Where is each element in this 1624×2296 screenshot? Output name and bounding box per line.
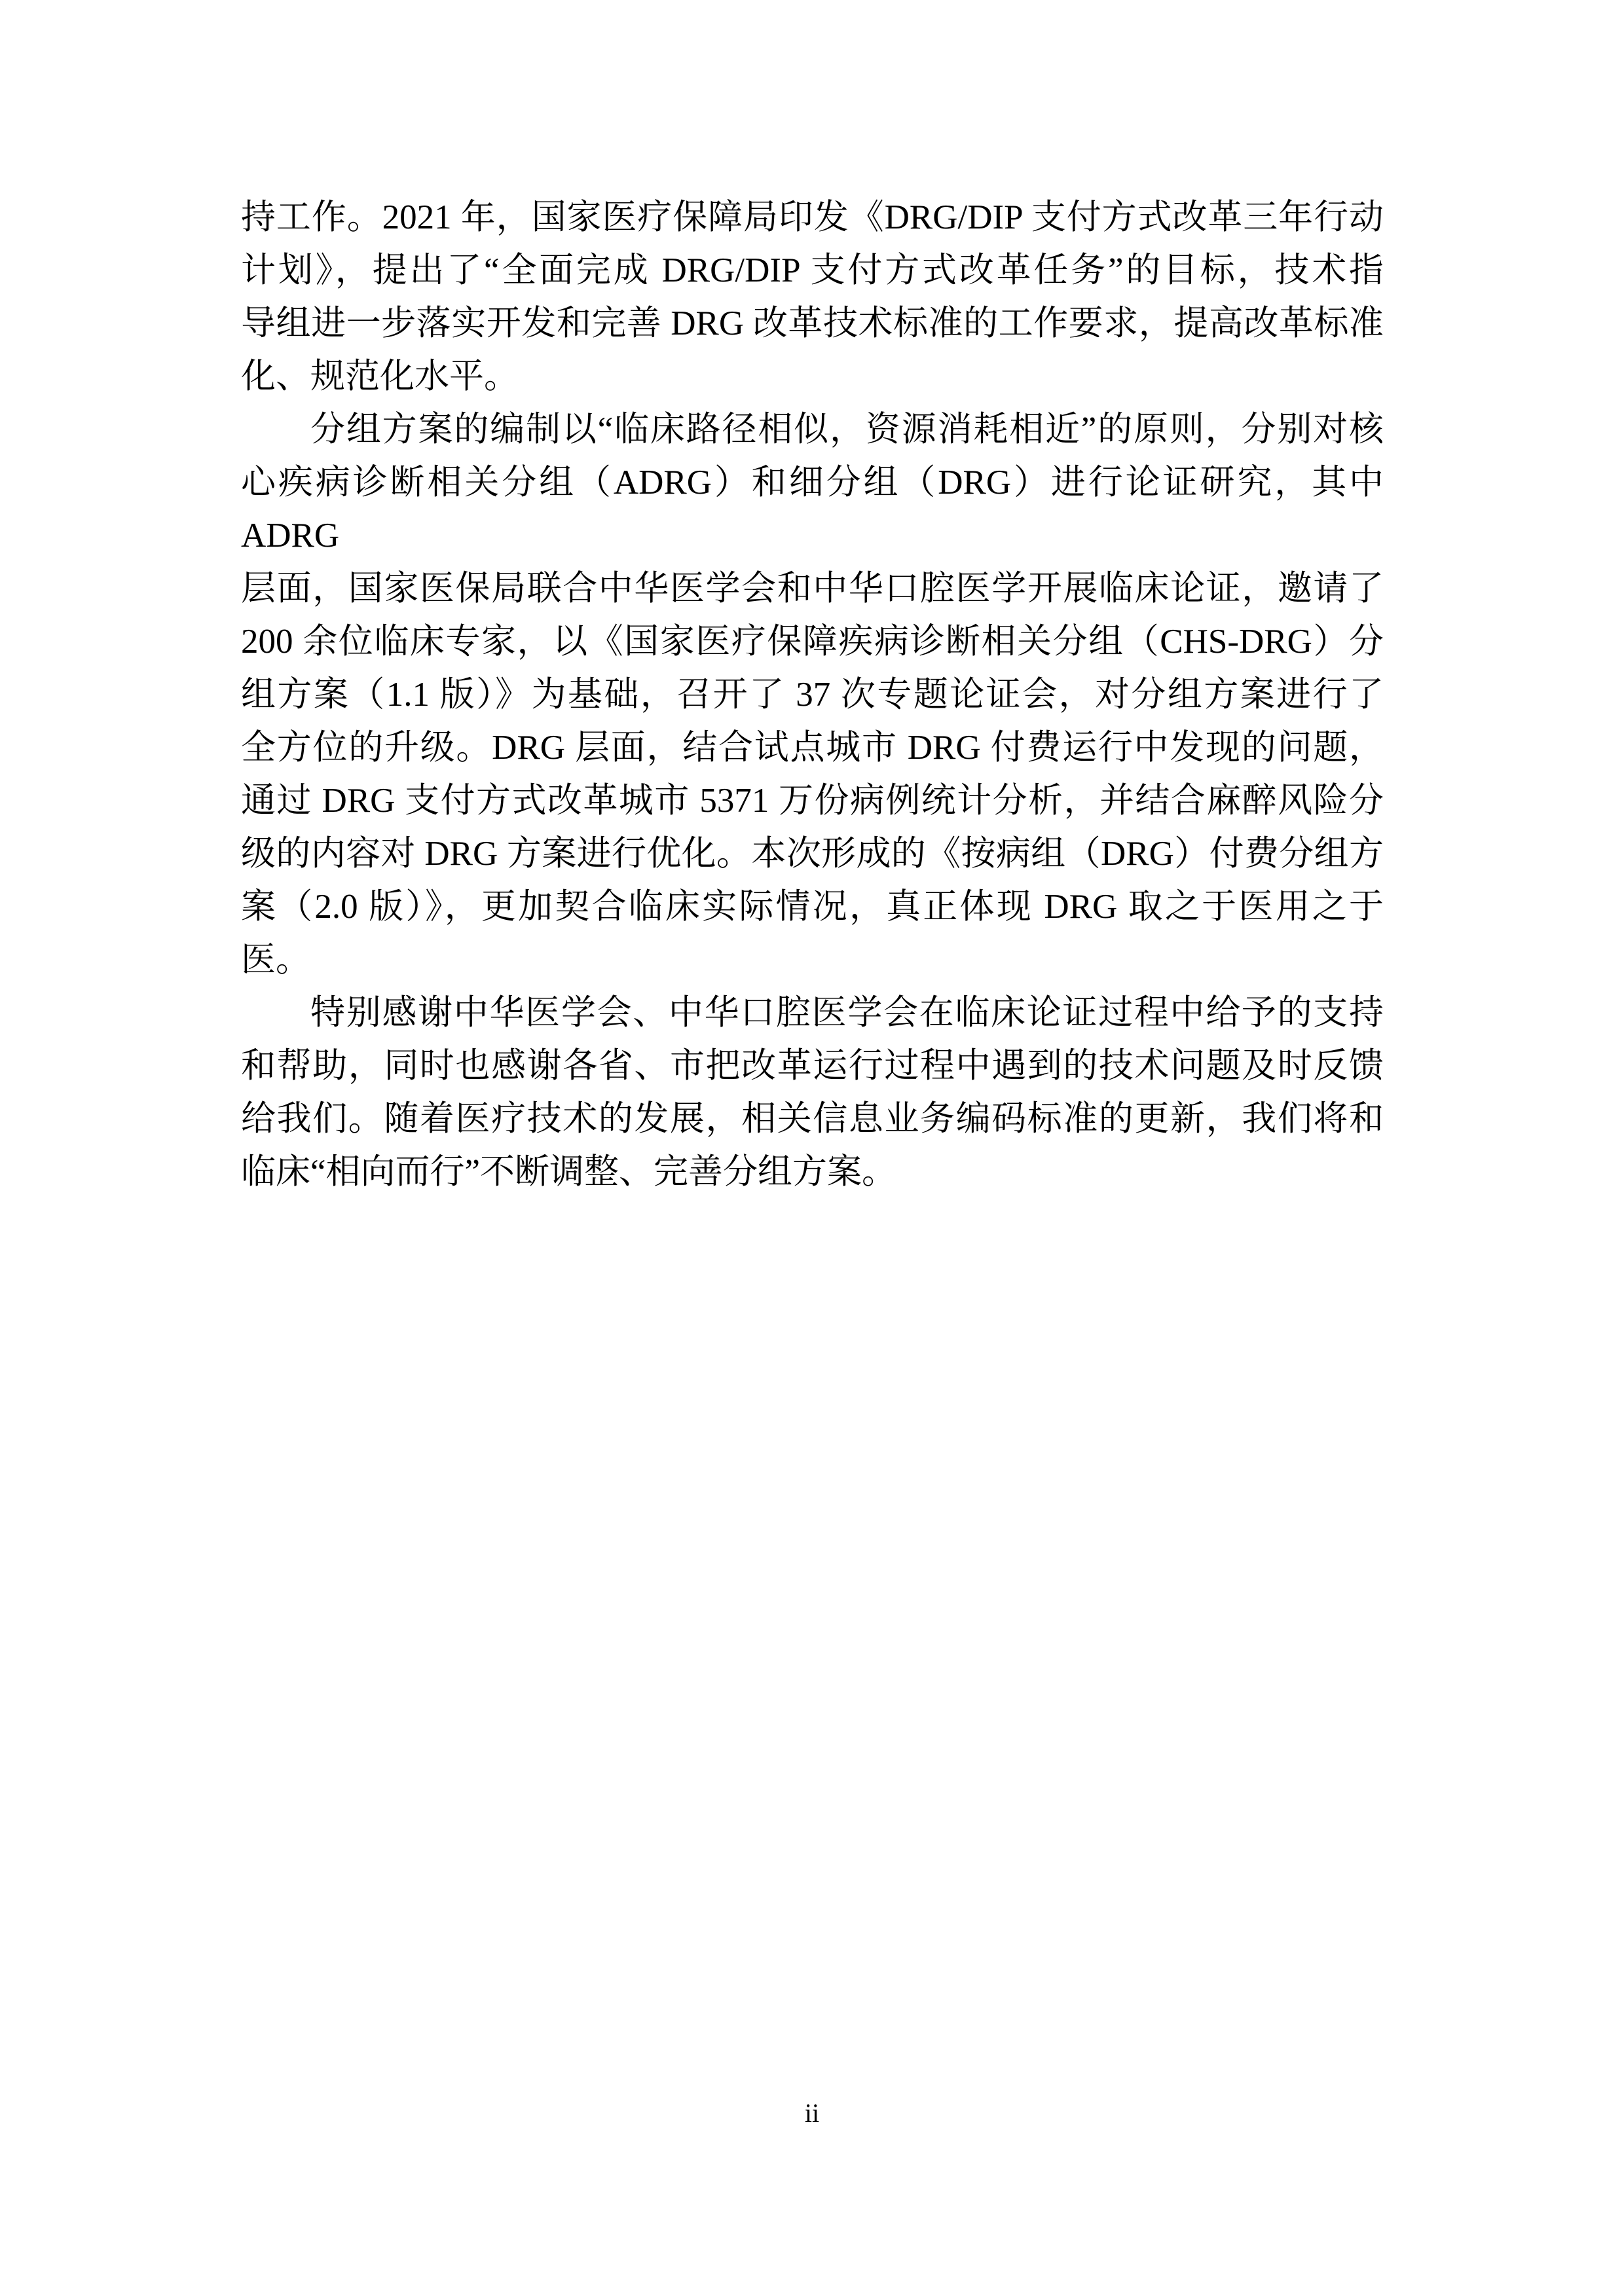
text-line: 持工作。2021 年，国家医疗保障局印发《DRG/DIP 支付方式改革三年行动 (241, 191, 1384, 244)
text-line: 特别感谢中华医学会、中华口腔医学会在临床论证过程中给予的支持 (241, 987, 1384, 1040)
text-line: 全方位的升级。DRG 层面，结合试点城市 DRG 付费运行中发现的问题， (241, 721, 1384, 774)
text-line: 和帮助，同时也感谢各省、市把改革运行过程中遇到的技术问题及时反馈 (241, 1040, 1384, 1093)
preface-body: 持工作。2021 年，国家医疗保障局印发《DRG/DIP 支付方式改革三年行动 … (241, 191, 1384, 1199)
text-line: 分组方案的编制以“临床路径相似，资源消耗相近”的原则，分别对核 (241, 403, 1384, 456)
text-line: 200 余位临床专家，以《国家医疗保障疾病诊断相关分组（CHS-DRG）分 (241, 615, 1384, 668)
text-line: 案（2.0 版）》，更加契合临床实际情况，真正体现 DRG 取之于医用之于 (241, 881, 1384, 934)
text-line: 导组进一步落实开发和完善 DRG 改革技术标准的工作要求，提高改革标准 (241, 297, 1384, 350)
document-page: 持工作。2021 年，国家医疗保障局印发《DRG/DIP 支付方式改革三年行动 … (0, 0, 1624, 2296)
paragraph-continuation: 持工作。2021 年，国家医疗保障局印发《DRG/DIP 支付方式改革三年行动 … (241, 191, 1384, 403)
text-line: 化、规范化水平。 (241, 350, 1384, 403)
text-line: 心疾病诊断相关分组（ADRG）和细分组（DRG）进行论证研究，其中 ADRG (241, 456, 1384, 562)
text-line: 临床“相向而行”不断调整、完善分组方案。 (241, 1146, 1384, 1199)
text-line: 通过 DRG 支付方式改革城市 5371 万份病例统计分析，并结合麻醉风险分 (241, 774, 1384, 828)
paragraph-acknowledgement: 特别感谢中华医学会、中华口腔医学会在临床论证过程中给予的支持 和帮助，同时也感谢… (241, 987, 1384, 1199)
text-line: 组方案（1.1 版）》为基础，召开了 37 次专题论证会，对分组方案进行了 (241, 668, 1384, 721)
text-line: 级的内容对 DRG 方案进行优化。本次形成的《按病组（DRG）付费分组方 (241, 828, 1384, 881)
text-line: 计划》，提出了“全面完成 DRG/DIP 支付方式改革任务”的目标，技术指 (241, 244, 1384, 297)
page-footer: ii (0, 2098, 1624, 2129)
text-line: 层面，国家医保局联合中华医学会和中华口腔医学开展临床论证，邀请了 (241, 562, 1384, 615)
page-number: ii (805, 2098, 819, 2128)
paragraph-grouping-scheme: 分组方案的编制以“临床路径相似，资源消耗相近”的原则，分别对核 心疾病诊断相关分… (241, 403, 1384, 987)
text-line: 医。 (241, 934, 1384, 987)
text-line: 给我们。随着医疗技术的发展，相关信息业务编码标准的更新，我们将和 (241, 1093, 1384, 1146)
